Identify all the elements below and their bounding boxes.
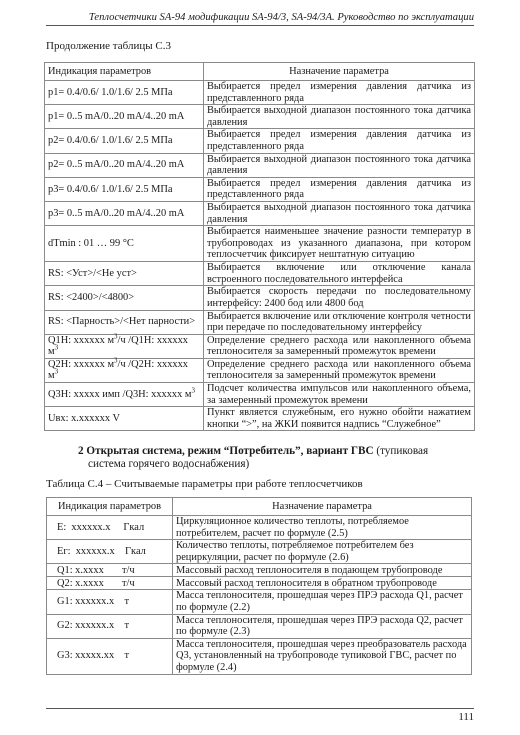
- desc-cell: Количество теплоты, потребляемое потреби…: [173, 540, 472, 564]
- param-cell: dTmin : 01 … 99 °C: [45, 226, 204, 262]
- section-title-line2: система горячего водоснабжения): [78, 458, 458, 471]
- table-header-row: Индикация параметров Назначение параметр…: [47, 498, 472, 516]
- param-cell: p3= 0..5 mA/0..20 mA/4..20 mA: [45, 201, 204, 225]
- superscript: 3: [191, 386, 195, 394]
- desc-cell: Массовый расход теплоносителя в подающем…: [173, 564, 472, 577]
- param-cell: RS: <2400>/<4800>: [45, 286, 204, 310]
- table-row: p3= 0..5 mA/0..20 mA/4..20 mAВыбирается …: [45, 201, 475, 225]
- table-row: Q2H: xxxxxx м3/ч /Q2H: xxxxxx м3 Определ…: [45, 358, 475, 382]
- table-c3-caption: Продолжение таблицы С.3: [46, 40, 171, 52]
- table-row: E: xxxxxx.x ГкалЦиркуляционное количеств…: [47, 516, 472, 540]
- param-cell: p3= 0.4/0.6/ 1.0/1.6/ 2.5 МПа: [45, 177, 204, 201]
- param-cell: p2= 0..5 mA/0..20 mA/4..20 mA: [45, 153, 204, 177]
- param-cell: Q1H: xxxxxx м3/ч /Q1H: xxxxxx м3: [45, 334, 204, 358]
- param-cell: Q1: x.xxxx т/ч: [47, 564, 173, 577]
- desc-cell: Определение среднего расхода или накопле…: [204, 334, 475, 358]
- desc-cell: Подсчет количества импульсов или накопле…: [204, 383, 475, 407]
- param-cell: p1= 0.4/0.6/ 1.0/1.6/ 2.5 МПа: [45, 81, 204, 105]
- param-cell: E: xxxxxx.x Гкал: [47, 516, 173, 540]
- table-row: Q1: x.xxxx т/чМассовый расход теплоносит…: [47, 564, 472, 577]
- param-cell: RS: <Парность>/<Нет парности>: [45, 310, 204, 334]
- desc-cell: Пункт является служебным, его нужно обой…: [204, 407, 475, 431]
- table-header-row: Индикация параметров Назначение параметр…: [45, 63, 475, 81]
- section-title: Открытая система, режим “Потребитель”, в…: [86, 445, 373, 457]
- table-row: dTmin : 01 … 99 °CВыбирается наименьшее …: [45, 226, 475, 262]
- table-row: p1= 0..5 mA/0..20 mA/4..20 mAВыбирается …: [45, 105, 475, 129]
- desc-cell: Выбирается предел измерения давления дат…: [204, 129, 475, 153]
- superscript: 3: [55, 368, 59, 376]
- desc-cell: Выбирается выходной диапазон постоянного…: [204, 153, 475, 177]
- desc-cell: Массовый расход теплоносителя в обратном…: [173, 577, 472, 590]
- table-row: Eг: xxxxxx.x ГкалКоличество теплоты, пот…: [47, 540, 472, 564]
- table-row: G2: xxxxxx.x тМасса теплоносителя, проше…: [47, 614, 472, 638]
- desc-cell: Выбирается выходной диапазон постоянного…: [204, 201, 475, 225]
- desc-cell: Выбирается скорость передачи по последов…: [204, 286, 475, 310]
- desc-cell: Выбирается включение или отключение кана…: [204, 262, 475, 286]
- table-row: p3= 0.4/0.6/ 1.0/1.6/ 2.5 МПаВыбирается …: [45, 177, 475, 201]
- table-row: RS: <Парность>/<Нет парности>Выбирается …: [45, 310, 475, 334]
- param-cell: Q2: x.xxxx т/ч: [47, 577, 173, 590]
- table-row: RS: <2400>/<4800>Выбирается скорость пер…: [45, 286, 475, 310]
- param-cell: p1= 0..5 mA/0..20 mA/4..20 mA: [45, 105, 204, 129]
- param-cell: G1: xxxxxx.x т: [47, 590, 173, 614]
- table-row: Q2: x.xxxx т/чМассовый расход теплоносит…: [47, 577, 472, 590]
- column-header-purpose: Назначение параметра: [173, 498, 472, 516]
- desc-cell: Масса теплоносителя, прошедшая через ПРЭ…: [173, 590, 472, 614]
- section-title-rest: (тупиковая: [374, 445, 429, 457]
- desc-cell: Определение среднего расхода или накопле…: [204, 358, 475, 382]
- param-cell: Eг: xxxxxx.x Гкал: [47, 540, 173, 564]
- param-text: Q3H: xxxxx имп /Q3H: xxxxxx м: [48, 389, 191, 400]
- running-header: Теплосчетчики SA-94 модификации SA-94/3,…: [46, 12, 474, 26]
- table-row: Q3H: xxxxx имп /Q3H: xxxxxx м3 Подсчет к…: [45, 383, 475, 407]
- desc-cell: Масса теплоносителя, прошедшая через пре…: [173, 638, 472, 674]
- desc-cell: Выбирается наименьшее значение разности …: [204, 226, 475, 262]
- column-header-indication: Индикация параметров: [47, 498, 173, 516]
- table-c4: Индикация параметров Назначение параметр…: [46, 497, 472, 675]
- desc-cell: Выбирается выходной диапазон постоянного…: [204, 105, 475, 129]
- desc-cell: Выбирается предел измерения давления дат…: [204, 81, 475, 105]
- param-cell: p2= 0.4/0.6/ 1.0/1.6/ 2.5 МПа: [45, 129, 204, 153]
- desc-cell: Выбирается предел измерения давления дат…: [204, 177, 475, 201]
- column-header-purpose: Назначение параметра: [204, 63, 475, 81]
- param-cell: Q3H: xxxxx имп /Q3H: xxxxxx м3: [45, 383, 204, 407]
- page-number: 111: [420, 711, 474, 723]
- section-heading: 2 Открытая система, режим “Потребитель”,…: [78, 445, 458, 471]
- param-cell: G3: xxxxx.xx т: [47, 638, 173, 674]
- table-row: G3: xxxxx.xx тМасса теплоносителя, проше…: [47, 638, 472, 674]
- table-row: p2= 0.4/0.6/ 1.0/1.6/ 2.5 МПаВыбирается …: [45, 129, 475, 153]
- section-number: 2: [78, 445, 84, 457]
- desc-cell: Масса теплоносителя, прошедшая через ПРЭ…: [173, 614, 472, 638]
- table-row: Q1H: xxxxxx м3/ч /Q1H: xxxxxx м3 Определ…: [45, 334, 475, 358]
- table-c3: Индикация параметров Назначение параметр…: [44, 62, 475, 431]
- footer-rule: [46, 708, 474, 709]
- param-cell: Uвх: x.xxxxxx V: [45, 407, 204, 431]
- table-row: RS: <Уст>/<Не уст>Выбирается включение и…: [45, 262, 475, 286]
- column-header-indication: Индикация параметров: [45, 63, 204, 81]
- table-row: G1: xxxxxx.x тМасса теплоносителя, проше…: [47, 590, 472, 614]
- table-c4-caption: Таблица С.4 – Считываемые параметры при …: [46, 478, 363, 490]
- desc-cell: Циркуляционное количество теплоты, потре…: [173, 516, 472, 540]
- table-row: Uвх: x.xxxxxx VПункт является служебным,…: [45, 407, 475, 431]
- desc-cell: Выбирается включение или отключение конт…: [204, 310, 475, 334]
- table-row: p2= 0..5 mA/0..20 mA/4..20 mAВыбирается …: [45, 153, 475, 177]
- table-row: p1= 0.4/0.6/ 1.0/1.6/ 2.5 МПаВыбирается …: [45, 81, 475, 105]
- param-cell: Q2H: xxxxxx м3/ч /Q2H: xxxxxx м3: [45, 358, 204, 382]
- param-cell: RS: <Уст>/<Не уст>: [45, 262, 204, 286]
- superscript: 3: [55, 344, 59, 352]
- param-cell: G2: xxxxxx.x т: [47, 614, 173, 638]
